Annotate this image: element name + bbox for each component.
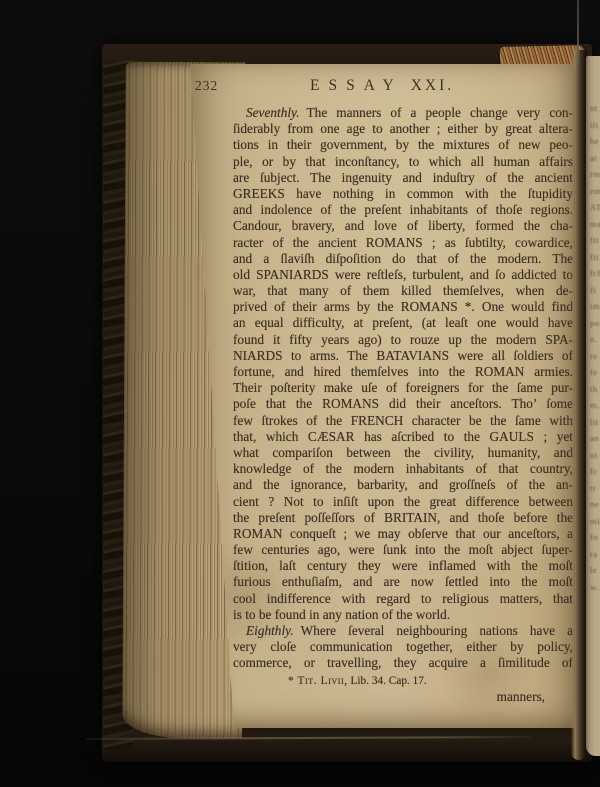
catchword: manners, (233, 689, 573, 704)
essay-title: ESSAYXXI. (310, 77, 454, 95)
paragraph-start-line: Seventhly.The manners of a people change… (233, 105, 573, 121)
body-line: ROMAN conqueſt ; we may obſerve that our… (233, 526, 573, 542)
body-line: what compariſon between the civility, hu… (233, 445, 573, 461)
body-line: cient ? Not to inſiſt upon the great dif… (233, 494, 573, 510)
body-line: Their poſterity make uſe of foreigners f… (233, 380, 573, 396)
body-line: NIARDS to arms. The BATAVIANS were all ſ… (233, 348, 573, 364)
paragraph-lead-word: Seventhly. (246, 105, 307, 120)
footnote: * Tit. Livii, Lib. 34. Cap. 17. (233, 674, 573, 689)
body-line: old SPANIARDS were reſtleſs, turbulent, … (233, 267, 573, 283)
body-line: ſtition, laſt century they were inflamed… (233, 558, 573, 574)
line-text: The manners of a people change very con- (307, 105, 573, 120)
page-edge-hairline (577, 0, 579, 62)
page-gutter-shadow (571, 50, 587, 760)
body-line: an equal difficulty, at preſent, (at lea… (233, 315, 573, 331)
body-line: few centuries ago, were ſunk into the mo… (233, 542, 573, 558)
next-page-text-fragments: nt ili be at rm em AT ma fti fii fch fi … (586, 56, 600, 595)
body-line: and the ignorance, barbarity, and groſſn… (233, 477, 573, 493)
body-line: and a ſlaviſh diſpoſition do that of the… (233, 251, 573, 267)
body-line: commerce, or travelling, they acquire a … (233, 655, 573, 671)
body-line: is to be found in any nation of the worl… (233, 607, 573, 623)
body-line: very cloſe communication together, eithe… (233, 639, 573, 655)
running-head: 232 ESSAYXXI. (180, 77, 574, 97)
body-line: found it fifty years ago) to rouze up th… (233, 332, 573, 348)
next-page-sliver: nt ili be at rm em AT ma fti fii fch fi … (586, 56, 600, 756)
body-line: fortune, and hired themſelves into the R… (233, 364, 573, 380)
footnote-citation: Lib. 34. Cap. 17. (351, 675, 427, 687)
body-line: Candour, bravery, and love of liberty, f… (233, 218, 573, 234)
body-line: knowledge of the modern inhabitants of t… (233, 461, 573, 477)
page-number: 232 (195, 78, 218, 94)
body-line: the preſent poſſeſſors of BRITAIN, and t… (233, 510, 573, 526)
body-line: war, that many of them killed themſelves… (233, 283, 573, 299)
body-line: ple, or by that inconſtancy, to which al… (233, 154, 573, 170)
body-line: ſiderably from one age to another ; eith… (233, 121, 573, 137)
essay-title-numeral: XXI. (411, 77, 454, 94)
essay-title-word: ESSAY (310, 77, 403, 94)
paragraph-lead-word: Eighthly. (246, 623, 301, 638)
book-page: 232 ESSAYXXI. Seventhly.The manners of a… (180, 64, 574, 728)
body-line: and indolence of the preſent inhabitants… (233, 202, 573, 218)
body-line: poſe that the ROMANS did their anceſtors… (233, 396, 573, 412)
text-block: Seventhly.The manners of a people change… (233, 105, 573, 704)
body-line: few ſtrokes of the FRENCH character be t… (233, 413, 573, 429)
body-line: prived of their arms by the ROMANS *. On… (233, 299, 573, 315)
body-line: furious enthuſiaſm, and are now ſettled … (233, 574, 573, 590)
book-photograph: 232 ESSAYXXI. Seventhly.The manners of a… (0, 0, 600, 787)
body-line: tions in their government, by the mixtur… (233, 137, 573, 153)
body-line: are ſubject. The ingenuity and induſtry … (233, 170, 573, 186)
body-line: racter of the ancient ROMANS ; as ſubtil… (233, 235, 573, 251)
body-line: GREEKS have nothing in common with the ſ… (233, 186, 573, 202)
paragraph-start-line: Eighthly.Where ſeveral neighbouring nati… (233, 623, 573, 639)
body-line: cool indifference with regard to religio… (233, 591, 573, 607)
footnote-reference: * Tit. Livii, (288, 675, 348, 687)
body-line: that, which CÆSAR has aſcribed to the GA… (233, 429, 573, 445)
line-text: Where ſeveral neighbouring nations have … (301, 623, 573, 638)
